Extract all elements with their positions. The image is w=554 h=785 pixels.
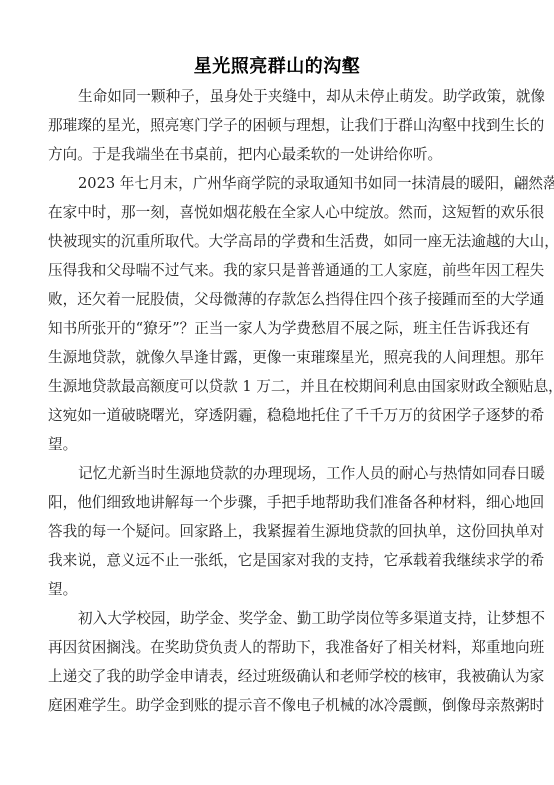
- text-line: 败，还欠着一屁股债，父母微薄的存款怎么挡得住四个孩子接踵而至的大学通: [48, 289, 478, 318]
- text-line: 庭困难学生。助学金到账的提示音不像电子机械的冰冷震颤，倒像母亲熬粥时: [48, 695, 478, 724]
- text-line: 记忆尤新当时生源地贷款的办理现场，工作人员的耐心与热情如同春日暖: [48, 463, 478, 492]
- text-line: 初入大学校园，助学金、奖学金、勤工助学岗位等多渠道支持，让梦想不: [48, 608, 478, 637]
- paragraph-4: 初入大学校园，助学金、奖学金、勤工助学岗位等多渠道支持，让梦想不 再因贫困搁浅。…: [48, 608, 478, 724]
- text-line: 望。: [48, 434, 478, 463]
- text-line: 生源地贷款最高额度可以贷款 1 万二，并且在校期间利息由国家财政全额贴息，: [48, 376, 478, 405]
- text-line: 生命如同一颗种子，虽身处于夹缝中，却从未停止萌发。助学政策，就像: [48, 86, 478, 115]
- text-line: 再因贫困搁浅。在奖助贷负责人的帮助下，我准备好了相关材料，郑重地向班: [48, 637, 478, 666]
- text-line: 这宛如一道破晓曙光，穿透阴霾，稳稳地托住了千千万万的贫困学子逐梦的希: [48, 405, 478, 434]
- text-line: 生源地贷款，就像久旱逢甘露，更像一束璀璨星光，照亮我的人间理想。那年: [48, 347, 478, 376]
- paragraph-2: 2023 年七月末，广州华商学院的录取通知书如同一抹清晨的暖阳，翩然落 在家中时…: [48, 173, 478, 463]
- text-line: 我来说，意义远不止一张纸，它是国家对我的支持，它承载着我继续求学的希: [48, 550, 478, 579]
- text-line: 答我的每一个疑问。回家路上，我紧握着生源地贷款的回执单，这份回执单对: [48, 521, 478, 550]
- text-line: 知书所张开的“獠牙”？正当一家人为学费愁眉不展之际，班主任告诉我还有: [48, 318, 478, 347]
- document-page: 星光照亮群山的沟壑 生命如同一颗种子，虽身处于夹缝中，却从未停止萌发。助学政策，…: [0, 0, 554, 785]
- paragraph-1: 生命如同一颗种子，虽身处于夹缝中，却从未停止萌发。助学政策，就像 那璀璨的星光，…: [48, 86, 478, 173]
- text-line: 2023 年七月末，广州华商学院的录取通知书如同一抹清晨的暖阳，翩然落: [48, 173, 478, 202]
- text-line: 方向。于是我端坐在书桌前，把内心最柔软的一处讲给你听。: [48, 144, 478, 173]
- text-line: 阳，他们细致地讲解每一个步骤，手把手地帮助我们准备各种材料，细心地回: [48, 492, 478, 521]
- text-line: 那璀璨的星光，照亮寒门学子的困顿与理想，让我们于群山沟壑中找到生长的: [48, 115, 478, 144]
- text-line: 压得我和父母喘不过气来。我的家只是普普通通的工人家庭，前些年因工程失: [48, 260, 478, 289]
- text-line: 快被现实的沉重所取代。大学高昂的学费和生活费，如同一座无法逾越的大山，: [48, 231, 478, 260]
- document-body: 生命如同一颗种子，虽身处于夹缝中，却从未停止萌发。助学政策，就像 那璀璨的星光，…: [48, 86, 478, 724]
- text-line: 在家中时，那一刻，喜悦如烟花般在全家人心中绽放。然而，这短暂的欢乐很: [48, 202, 478, 231]
- paragraph-3: 记忆尤新当时生源地贷款的办理现场，工作人员的耐心与热情如同春日暖 阳，他们细致地…: [48, 463, 478, 608]
- text-line: 望。: [48, 579, 478, 608]
- document-title: 星光照亮群山的沟壑: [0, 52, 554, 78]
- text-line: 上递交了我的助学金申请表，经过班级确认和老师学校的核审，我被确认为家: [48, 666, 478, 695]
